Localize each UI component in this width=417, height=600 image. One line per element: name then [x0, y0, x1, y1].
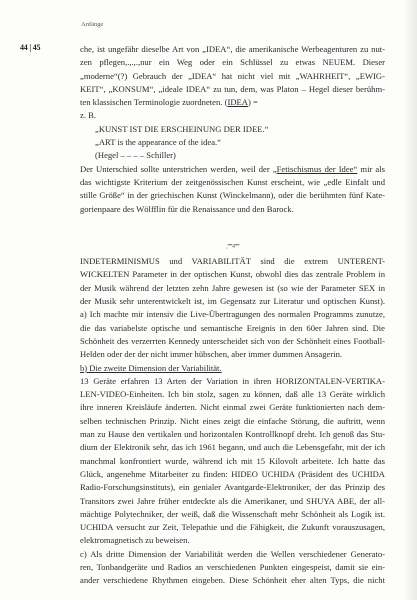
fetischismus-underlined: „Fetischismus der Idee“ — [273, 164, 357, 174]
text-line: che, ist ungefähr dieselbe Art von „IDEA… — [80, 43, 385, 56]
text-line: mächtige Polytechniker, der weiß, daß di… — [80, 508, 385, 521]
margin-page-number: 44 | 45 — [20, 43, 40, 52]
text-line: manchmal konfrontiert wurde, während ich… — [80, 455, 385, 468]
text-line: KEIT“, „KONSUM“, „ideale IDEA“ zu tun, d… — [80, 83, 385, 96]
text-line: zen pflegen,.,.,.,nur ein Weg oder ein S… — [80, 56, 385, 69]
text-line: elektromagnetisch zu beweisen. — [80, 534, 385, 547]
example-label: z. B. — [80, 109, 385, 122]
text-line: gorienpaare des Wölfflin für die Renaiss… — [80, 203, 385, 216]
text-line: man zu Hause den vertikalen und horizont… — [80, 428, 385, 441]
quote-attribution: (Hegel – – – – Schiller) — [80, 149, 385, 162]
text-line: das wichtigste Kriterium der zeitgenössi… — [80, 176, 385, 189]
idea-underlined: IDEA — [227, 97, 248, 107]
text-line: WICKELTEN Parameter in der optischen Kun… — [80, 268, 385, 281]
text-line: selben technischen Prinzip. Nicht eines … — [80, 415, 385, 428]
quote-line: „ART is the appearance of the idea.“ — [80, 136, 385, 149]
quote-line: „KUNST IST DIE ERSCHEINUNG DER IDEE.“ — [80, 123, 385, 136]
text-line: stille Größe“ in der griechischen Kunst … — [80, 189, 385, 202]
text-line: 13 Geräte erfahren 13 Arten der Variatio… — [80, 375, 385, 388]
running-head: Anfänge — [81, 21, 103, 28]
text-line: ten klassischen Terminologie zuordneten.… — [80, 96, 385, 109]
text-line: Radio-Forschungsinstituts), ein genialer… — [80, 481, 385, 494]
text-line: Schönheit des verzerrten Kennedy untersc… — [80, 335, 385, 348]
subheading-b: b) Die zweite Dimension der Variabilität… — [80, 362, 385, 375]
text-line: ander verschiedene Rhythmen eingeben. Di… — [80, 574, 385, 587]
text-line: Transitors zwei Jahre früher entdeckte a… — [80, 495, 385, 508]
text-line: c) Als dritte Dimension der Variabilität… — [80, 548, 385, 561]
text-line: der Musik während der letzten zehn Jahre… — [80, 282, 385, 295]
text-line: „moderne“(?) Gebrauch der „IDEA“ hat nic… — [80, 70, 385, 83]
text-line: Glück, angenehme Mitarbeiter zu finden: … — [80, 468, 385, 481]
document-body: che, ist ungefähr dieselbe Art von „IDEA… — [80, 43, 385, 588]
text-line: dium der Elektronik sehr, das ich 1961 b… — [80, 441, 385, 454]
page-edge-shadow — [403, 0, 417, 600]
text-line: ihre inneren Kreisläufe änderten. Nicht … — [80, 401, 385, 414]
spacer — [80, 216, 385, 242]
text-line: LEN-VIDEO-Einheiten. Ich bin stolz, sage… — [80, 388, 385, 401]
text-line: UCHIDA versucht zur Zeit, Telepathie und… — [80, 521, 385, 534]
text-line: Der Unterschied sollte unterstrichen wer… — [80, 163, 385, 176]
text-line: ren, Tonbandgeräte und Radios an verschi… — [80, 561, 385, 574]
text-line: INDETERMINISMUS und VARIABILITÄT sind di… — [80, 255, 385, 268]
section-separator: ‚''''''''4'''''''' — [80, 242, 385, 255]
text-line: die das variabelste optische und semanti… — [80, 322, 385, 335]
text-line: der Musik sehr unterentwickelt ist, im G… — [80, 295, 385, 308]
text-line: a) Ich machte mir intensiv die Live-Über… — [80, 308, 385, 321]
text-line: Helden oder der der nicht immer hübschen… — [80, 348, 385, 361]
